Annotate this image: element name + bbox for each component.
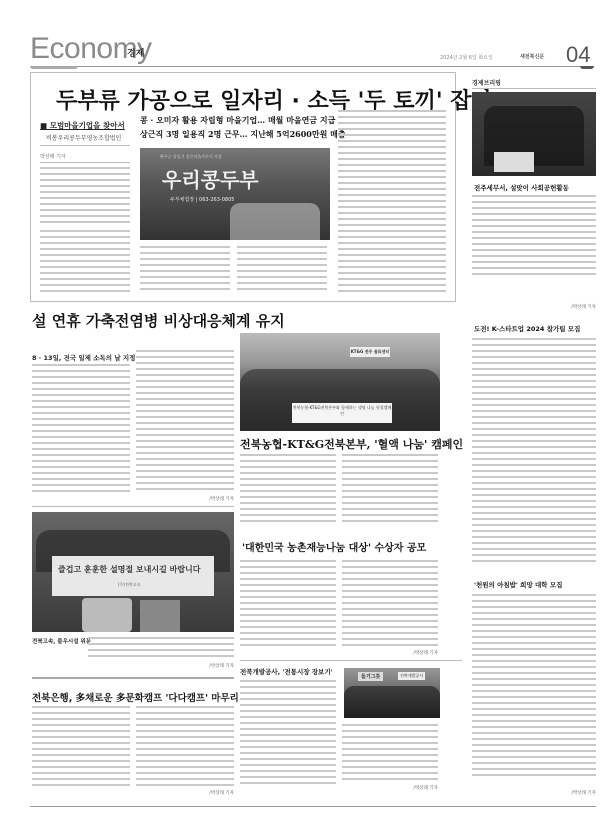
photo-banner: 전북농협-KT&G전북본부와 함께하는 생명 나눔 헌혈캠페인 (292, 403, 392, 423)
photo-rice-bags (82, 598, 132, 632)
article-3-body-col-2 (342, 454, 438, 524)
article-2-body-col-1 (32, 364, 130, 494)
photo-news-caption-body (88, 637, 234, 659)
main-kicker-sub: 비봉우리콩두부영농조합법인 (46, 133, 121, 142)
paper-name: 새전북신문 (520, 53, 544, 60)
photo-news-byline: /박상래 기자 (180, 663, 234, 669)
article-4-body-col-2 (342, 560, 438, 650)
main-body-col-1a (40, 167, 130, 225)
photo-sign-ktg: KT&G 전주 물류센터 (350, 347, 390, 357)
article-3-photo: KT&G 전주 물류센터 전북농협-KT&G전북본부와 함께하는 생명 나눔 헌… (240, 333, 440, 431)
article-5-body-col-2 (136, 706, 234, 790)
photo-news-banner: 즐겁고 훈훈한 설명절 보내시길 바랍니다 (주)전북고속 (52, 556, 214, 596)
photo-sign-top: 완주군 할일기 좋은마을가꾸기 사업 (160, 154, 222, 160)
page-bottom-divider (30, 806, 596, 807)
brief-3-title: '천원의 아침밥' 희망 대학 모집 (474, 580, 562, 589)
sidebar-photo-tax-office (472, 92, 596, 176)
article-6-photo: 들기그릇 전북개발공사 (344, 668, 440, 718)
photo-boxes (494, 152, 534, 172)
article-2-divider (32, 506, 234, 507)
banner-org: (주)전북고속 (118, 582, 140, 588)
main-body-col-2 (140, 246, 230, 294)
page-number: 04 (566, 44, 590, 66)
brief-3-body (472, 594, 596, 778)
issue-date: 2024년 2월 6일 화요일 (440, 54, 493, 61)
main-subhead-1: 콩 · 오미자 활용 자립형 마을기업… 매월 마을연금 지급 (140, 115, 335, 126)
photo-news-divider (32, 677, 234, 679)
article-4-byline: /박상래 기자 (384, 650, 438, 656)
page-accent (580, 66, 594, 69)
article-5-body-col-1 (32, 706, 130, 790)
sidebar-title-divider (472, 88, 596, 89)
main-body-col-4 (338, 110, 446, 294)
main-reporter: 박상래 기자 (40, 153, 66, 160)
article-5-headline: 전북은행, 多채로운 多문화캠프 '다다캠프' 마무리 (32, 690, 239, 704)
article-2-headline: 설 연휴 가축전염병 비상대응체계 유지 (32, 310, 285, 331)
photo-sign-1: 들기그릇 (358, 672, 383, 681)
article-2-body-col-2 (136, 350, 234, 494)
article-3-headline: 전북농협-KT&G전북본부, '혈액 나눔' 캠페인 (240, 436, 463, 452)
article-2-byline: /박상래 기자 (180, 496, 234, 502)
main-subhead-2: 상근직 3명 일용직 2명 근무… 지난해 5억2600만원 매출 (140, 129, 346, 140)
main-kicker: ■ 모범마을기업을 찾아서 (40, 120, 125, 131)
photo-sign-2: 전북개발공사 (398, 672, 425, 680)
photo-people (230, 203, 320, 240)
banner-text: 즐겁고 훈훈한 설명절 보내시길 바랍니다 (58, 564, 201, 575)
brief-2-title: 도전! K-스타트업 2024 참가팀 모집 (474, 324, 580, 333)
masthead-accent (30, 66, 78, 69)
photo-boxes (140, 600, 180, 632)
article-6-body-col-2 (342, 724, 438, 784)
article-4-body-col-1 (240, 560, 336, 650)
main-photo-tofu-shop: 완주군 할일기 좋은마을가꾸기 사업 우리콩두부 두부체험장 | 063-263… (140, 148, 330, 240)
brief-1-byline: /박상래 기자 (540, 304, 596, 310)
photo-news-caption-title: 전북고속, 불우시설 위문 (32, 637, 91, 645)
photo-sign-bottom: 두부체험장 | 063-263-0805 (170, 196, 234, 203)
brief-1-body (472, 195, 596, 275)
article-6-byline: /박상래 기자 (384, 785, 438, 791)
brief-1-title: 전주세무서, 설맞이 사회공헌활동 (474, 183, 569, 192)
article-4-headline: '대한민국 농촌재능나눔 대상' 수상자 공모 (242, 539, 426, 554)
article-4-divider (240, 660, 462, 661)
article-6-headline: 전북개발공사, '전통시장 장보기' (240, 667, 333, 676)
article-2-subhead: 8 · 13일, 전국 일제 소독의 날 지정 (32, 353, 135, 362)
reporter-divider (40, 162, 130, 163)
section-title-ko: 경제 (127, 46, 144, 59)
brief-3-byline: /박상래 기자 (540, 790, 596, 796)
photo-news-image: 즐겁고 훈훈한 설명절 보내시길 바랍니다 (주)전북고속 (32, 512, 234, 632)
photo-people (344, 686, 440, 718)
sidebar-section-title: 경제브리핑 (472, 78, 501, 87)
photo-sign-main: 우리콩두부 (162, 164, 259, 193)
brief-2-body (472, 338, 596, 566)
article-3-body-col-1 (240, 454, 336, 524)
main-body-col-1b (40, 230, 130, 295)
article-6-body-col-1 (240, 680, 336, 784)
kicker-divider (40, 145, 130, 146)
masthead-divider (30, 66, 594, 67)
article-5-byline: /박상래 기자 (180, 790, 234, 796)
main-body-col-3 (237, 246, 327, 294)
